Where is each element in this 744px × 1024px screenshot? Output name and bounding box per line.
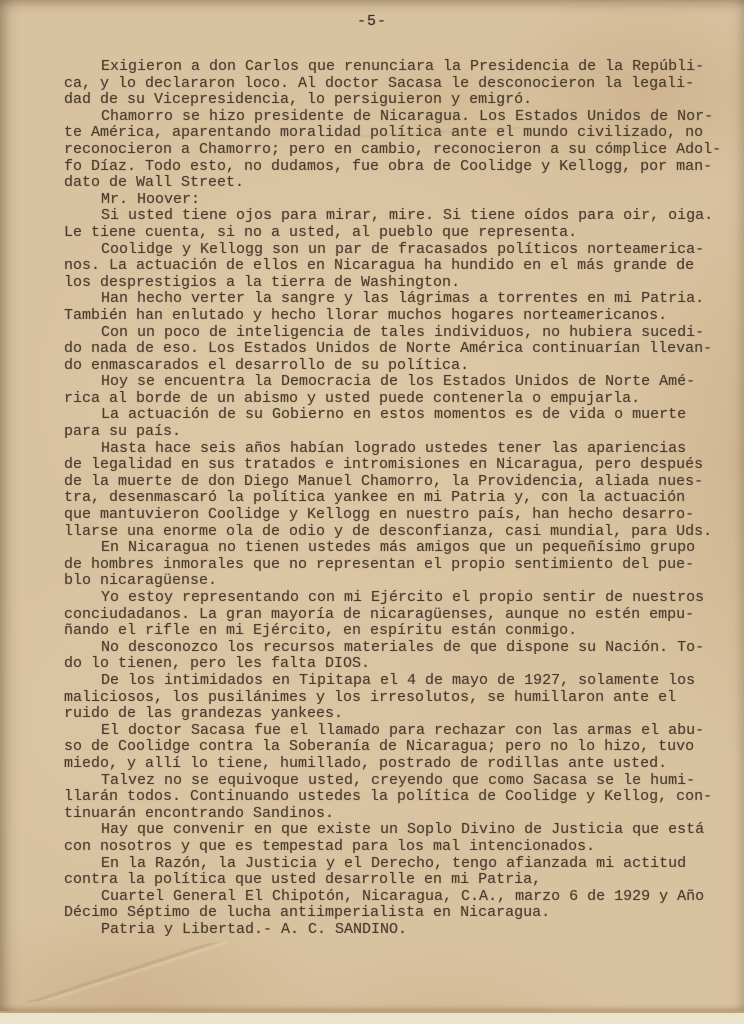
text-line: ñando el rifle en mi Ejército, en espíri… bbox=[64, 623, 732, 640]
text-line: El doctor Sacasa fue el llamado para rec… bbox=[64, 723, 732, 740]
page-number: -5- bbox=[0, 13, 744, 30]
text-line: dato de Wall Street. bbox=[64, 175, 732, 192]
text-line: Décimo Séptimo de lucha antiimperialista… bbox=[64, 905, 732, 922]
text-line: te América, aparentando moralidad políti… bbox=[64, 125, 732, 142]
text-line: No desconozco los recursos materiales de… bbox=[64, 640, 732, 657]
text-line: llarse una enorme ola de odio y de desco… bbox=[64, 524, 732, 541]
text-line: llarán todos. Continuando ustedes la pol… bbox=[64, 789, 732, 806]
text-line: Si usted tiene ojos para mirar, mire. Si… bbox=[64, 208, 732, 225]
paper-crease bbox=[18, 941, 231, 1003]
text-line: Patria y Libertad.- A. C. SANDINO. bbox=[64, 922, 732, 939]
text-line: ruido de las grandezas yankees. bbox=[64, 706, 732, 723]
document-body: Exigieron a don Carlos que renunciara la… bbox=[64, 59, 732, 938]
text-line: tra, desenmascaró la política yankee en … bbox=[64, 490, 732, 507]
text-line: do lo tienen, pero les falta DIOS. bbox=[64, 656, 732, 673]
text-line: de legalidad en sus tratados e intromisi… bbox=[64, 457, 732, 474]
text-line: Hay que convenir en que existe un Soplo … bbox=[64, 822, 732, 839]
text-line: Yo estoy representando con mi Ejército e… bbox=[64, 590, 732, 607]
text-line: En Nicaragua no tienen ustedes más amigo… bbox=[64, 540, 732, 557]
text-line: ca, y lo declararon loco. Al doctor Saca… bbox=[64, 76, 732, 93]
text-line: De los intimidados en Tipitapa el 4 de m… bbox=[64, 673, 732, 690]
text-line: dad de su Vicepresidencia, lo persiguier… bbox=[64, 92, 732, 109]
text-line: Cuartel General El Chipotón, Nicaragua, … bbox=[64, 889, 732, 906]
text-line: para su país. bbox=[64, 424, 732, 441]
text-line: rica al borde de un abismo y usted puede… bbox=[64, 391, 732, 408]
text-line: tinuarán encontrando Sandinos. bbox=[64, 806, 732, 823]
page-bottom-edge bbox=[0, 1011, 744, 1024]
text-line: fo Díaz. Todo esto, no dudamos, fue obra… bbox=[64, 159, 732, 176]
text-line: Coolidge y Kellogg son un par de fracasa… bbox=[64, 242, 732, 259]
text-line: También han enlutado y hecho llorar much… bbox=[64, 308, 732, 325]
text-line: Le tiene cuenta, si no a usted, al puebl… bbox=[64, 225, 732, 242]
text-line: do nada de eso. Los Estados Unidos de No… bbox=[64, 341, 732, 358]
text-line: Mr. Hoover: bbox=[64, 192, 732, 209]
text-line: contra la política que usted desarrolle … bbox=[64, 872, 732, 889]
text-line: Chamorro se hizo presidente de Nicaragua… bbox=[64, 109, 732, 126]
text-line: La actuación de su Gobierno en estos mom… bbox=[64, 407, 732, 424]
text-line: conciudadanos. La gran mayoría de nicara… bbox=[64, 607, 732, 624]
text-line: de la muerte de don Diego Manuel Chamorr… bbox=[64, 474, 732, 491]
text-line: Exigieron a don Carlos que renunciara la… bbox=[64, 59, 732, 76]
text-line: reconocieron a Chamorro; pero en cambio,… bbox=[64, 142, 732, 159]
text-line: Hoy se encuentra la Democracia de los Es… bbox=[64, 374, 732, 391]
text-line: blo nicaragüense. bbox=[64, 573, 732, 590]
text-line: En la Razón, la Justicia y el Derecho, t… bbox=[64, 856, 732, 873]
text-line: Hasta hace seis años habían logrado uste… bbox=[64, 441, 732, 458]
text-line: con nosotros y que es tempestad para los… bbox=[64, 839, 732, 856]
scanned-page: -5- Exigieron a don Carlos que renunciar… bbox=[0, 0, 744, 1024]
text-line: Talvez no se equivoque usted, creyendo q… bbox=[64, 773, 732, 790]
text-line: so de Coolidge contra la Soberanía de Ni… bbox=[64, 739, 732, 756]
text-line: Con un poco de inteligencia de tales ind… bbox=[64, 325, 732, 342]
text-line: Han hecho verter la sangre y las lágrima… bbox=[64, 291, 732, 308]
text-line: de hombres inmorales que no representan … bbox=[64, 557, 732, 574]
text-line: que mantuvieron Coolidge y Kellogg en nu… bbox=[64, 507, 732, 524]
text-line: miedo, y allí lo tiene, humillado, postr… bbox=[64, 756, 732, 773]
text-line: maliciosos, los pusilánimes y los irreso… bbox=[64, 690, 732, 707]
text-line: los desprestigios a la tierra de Washing… bbox=[64, 275, 732, 292]
text-line: do enmascarados el desarrollo de su polí… bbox=[64, 358, 732, 375]
text-line: nos. La actuación de ellos en Nicaragua … bbox=[64, 258, 732, 275]
